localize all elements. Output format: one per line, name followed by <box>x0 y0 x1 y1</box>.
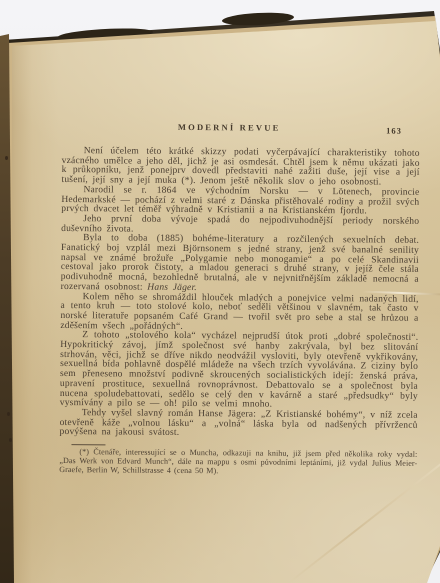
text-run: Tehdy vyšel slavný román Hanse Jägera: „… <box>60 408 418 438</box>
text-run: Kolem něho se shromáždil hlouček mladých… <box>60 292 418 332</box>
paragraph: Tehdy vyšel slavný román Hanse Jägera: „… <box>60 409 418 441</box>
staple-hole <box>7 412 10 416</box>
footnote-text: (*) Čtenáře, interessující se o Muncha, … <box>59 448 417 477</box>
footnote-divider <box>71 444 105 445</box>
text-run: Jeho první doba vývoje spadá do nejpodiv… <box>61 214 419 234</box>
paragraph: Byla to doba (1885) bohéme-literatury a … <box>61 234 419 295</box>
paragraph: Není účelem této krátké skizzy podati vy… <box>61 147 419 189</box>
page-number: 163 <box>386 126 402 136</box>
scanned-book-photo: MODERNÍ REVUE 163 Není účelem této krátk… <box>0 0 440 583</box>
paragraph: Kolem něho se shromáždil hlouček mladých… <box>60 293 418 335</box>
article-body: Není účelem této krátké skizzy podati vy… <box>60 147 420 441</box>
paragraph: Z tohoto „stolového kola“ vycházel nejpr… <box>60 331 419 411</box>
text-run: Není účelem této krátké skizzy podati vy… <box>61 146 419 187</box>
text-run: Z tohoto „stolového kola“ vycházel nejpr… <box>60 331 419 410</box>
staple-hole <box>5 156 8 160</box>
journal-title: MODERNÍ REVUE <box>178 122 281 133</box>
text-run: Byla to doba (1885) bohéme-literatury a … <box>61 233 419 292</box>
page-text-block: MODERNÍ REVUE 163 Není účelem této krátk… <box>59 121 420 477</box>
paragraph: Narodil se r. 1864 ve východním Norsku —… <box>61 186 419 218</box>
running-header: MODERNÍ REVUE 163 <box>62 121 420 139</box>
text-run: Narodil se r. 1864 ve východním Norsku —… <box>61 185 419 217</box>
staple-hole <box>9 438 12 442</box>
